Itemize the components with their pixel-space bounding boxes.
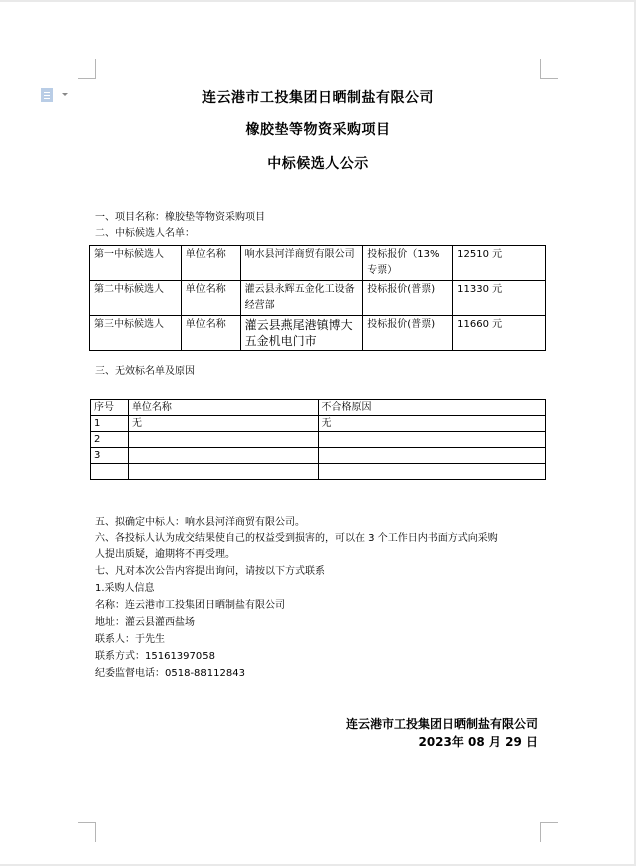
purchaser-heading: 1.采购人信息: [95, 582, 155, 596]
candidate-label: 单位名称: [181, 246, 240, 281]
table-row: 1 无 无: [91, 416, 546, 432]
unit-name: 无: [128, 416, 318, 432]
purchaser-contact: 联系人：于先生: [95, 633, 165, 647]
supervision-phone: 纪委监督电话：0518-88112843: [95, 667, 245, 681]
candidate-name: 灌云县永辉五金化工设备经营部: [240, 281, 363, 316]
margin-corner-top-right: [540, 59, 541, 79]
table-row: 第三中标候选人 单位名称 灌云县燕尾港镇博大五金机电门市 投标报价(普票) 11…: [90, 316, 546, 351]
reason: [318, 464, 546, 480]
section-contact-heading: 七、凡对本次公告内容提出询问，请按以下方式联系: [95, 565, 325, 579]
row-number: 1: [91, 416, 129, 432]
section-invalid-heading: 三、无效标名单及原因: [95, 365, 195, 379]
candidate-label: 单位名称: [181, 316, 240, 351]
reason: [318, 432, 546, 448]
candidate-price-label: 投标报价(普票): [363, 281, 453, 316]
margin-corner-bottom-left: [78, 822, 96, 823]
row-number: [91, 464, 129, 480]
signature-date: 2023年 08 月 29 日: [418, 733, 538, 750]
table-row: 3: [91, 448, 546, 464]
margin-corner-bottom-left: [95, 822, 96, 842]
company-title: 连云港市工投集团日晒制盐有限公司: [0, 87, 636, 107]
candidate-label: 单位名称: [181, 281, 240, 316]
table-row: 第二中标候选人 单位名称 灌云县永辉五金化工设备经营部 投标报价(普票) 113…: [90, 281, 546, 316]
candidate-price: 12510 元: [453, 246, 546, 281]
candidate-name: 响水县河洋商贸有限公司: [240, 246, 363, 281]
section-project-name: 一、项目名称：橡胶垫等物资采购项目: [95, 211, 265, 225]
candidate-rank: 第三中标候选人: [90, 316, 182, 351]
section-objection-line1: 六、各投标人认为成交结果使自己的权益受到损害的，可以在 3 个工作日内书面方式向…: [95, 532, 498, 546]
unit-name: [128, 448, 318, 464]
table-header-row: 序号 单位名称 不合格原因: [91, 400, 546, 416]
section-winner: 五、拟确定中标人：响水县河洋商贸有限公司。: [95, 516, 305, 530]
table-row: [91, 464, 546, 480]
candidate-name: 灌云县燕尾港镇博大五金机电门市: [240, 316, 363, 351]
margin-corner-bottom-right: [540, 822, 558, 823]
candidate-rank: 第二中标候选人: [90, 281, 182, 316]
margin-corner-bottom-right: [540, 822, 541, 842]
table-row: 第一中标候选人 单位名称 响水县河洋商贸有限公司 投标报价（13%专票） 125…: [90, 246, 546, 281]
purchaser-name: 名称：连云港市工投集团日晒制盐有限公司: [95, 599, 285, 613]
candidate-price: 11330 元: [453, 281, 546, 316]
unit-name: [128, 464, 318, 480]
signature-company: 连云港市工投集团日晒制盐有限公司: [346, 715, 538, 732]
purchaser-phone: 联系方式：15161397058: [95, 650, 215, 664]
invalid-bids-table: 序号 单位名称 不合格原因 1 无 无 2 3: [90, 399, 546, 480]
reason: [318, 448, 546, 464]
candidates-table: 第一中标候选人 单位名称 响水县河洋商贸有限公司 投标报价（13%专票） 125…: [89, 245, 546, 351]
row-number: 2: [91, 432, 129, 448]
reason: 无: [318, 416, 546, 432]
section-objection-line2: 人提出质疑，逾期将不再受理。: [95, 548, 235, 562]
section-candidates-heading: 二、中标候选人名单：: [95, 227, 195, 241]
column-header: 单位名称: [128, 400, 318, 416]
column-header: 不合格原因: [318, 400, 546, 416]
candidate-price: 11660 元: [453, 316, 546, 351]
column-header: 序号: [91, 400, 129, 416]
candidate-rank: 第一中标候选人: [90, 246, 182, 281]
candidate-price-label: 投标报价（13%专票）: [363, 246, 453, 281]
candidate-price-label: 投标报价(普票): [363, 316, 453, 351]
project-title: 橡胶垫等物资采购项目: [0, 119, 636, 139]
unit-name: [128, 432, 318, 448]
margin-corner-top-left: [78, 78, 96, 79]
row-number: 3: [91, 448, 129, 464]
table-row: 2: [91, 432, 546, 448]
margin-corner-top-right: [540, 78, 558, 79]
margin-corner-top-left: [95, 59, 96, 79]
notice-title: 中标候选人公示: [0, 153, 636, 173]
document-page: 连云港市工投集团日晒制盐有限公司 橡胶垫等物资采购项目 中标候选人公示 一、项目…: [0, 2, 634, 864]
purchaser-address: 地址：灌云县灌西盐场: [95, 616, 195, 630]
